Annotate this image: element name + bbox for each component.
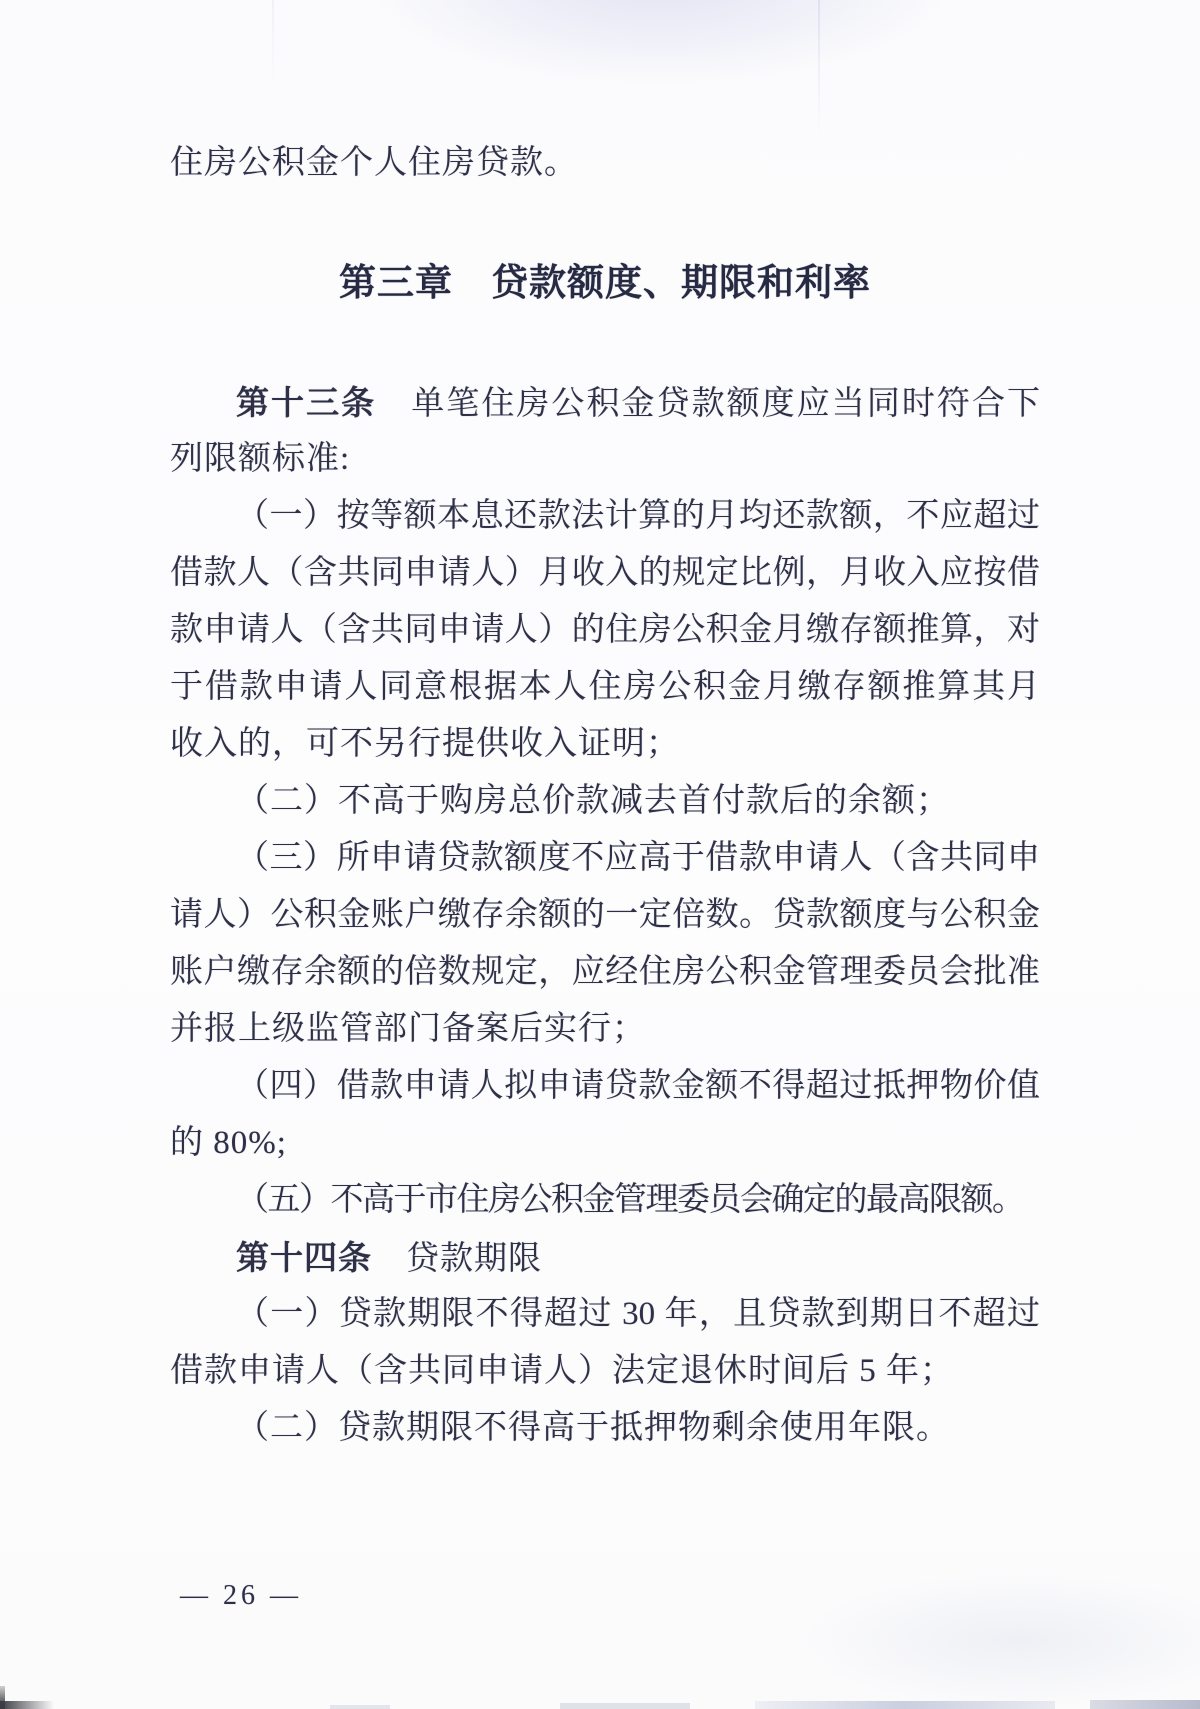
text-line: （四）借款申请人拟申请贷款金额不得超过抵押物价值: [170, 1058, 1040, 1115]
article-13-item-1: （一）按等额本息还款法计算的月均还款额，不应超过借款人（含共同申请人）月收入的规…: [170, 488, 1040, 773]
scan-corner-mark: [0, 1701, 54, 1709]
text-line: （五）不高于市住房公积金管理委员会确定的最高限额。: [170, 1172, 1040, 1229]
text-line: 收入的，可不另行提供收入证明；: [170, 716, 1040, 773]
chapter-heading: 第三章 贷款额度、期限和利率: [170, 254, 1040, 311]
text-line: 款申请人（含共同申请人）的住房公积金月缴存额推算，对: [170, 602, 1040, 659]
scan-streak: [818, 0, 820, 140]
article-13-item-3: （三）所申请贷款额度不应高于借款申请人（含共同申请人）公积金账户缴存余额的一定倍…: [170, 830, 1040, 1058]
text-line: 请人）公积金账户缴存余额的一定倍数。贷款额度与公积金: [170, 887, 1040, 944]
text-line: 借款申请人（含共同申请人）法定退休时间后 5 年；: [170, 1343, 1040, 1400]
scan-edge-artifact: [1090, 1700, 1200, 1709]
article-14-opening: 第十四条 贷款期限: [170, 1229, 1040, 1286]
text-line: 列限额标准:: [170, 431, 1040, 488]
text-line: 于借款申请人同意根据本人住房公积金月缴存额推算其月: [170, 659, 1040, 716]
text-line: （二）贷款期限不得高于抵押物剩余使用年限。: [170, 1400, 1040, 1457]
scan-edge-artifact: [755, 1701, 1055, 1709]
text-line: 的 80%;: [170, 1115, 1040, 1172]
text-line: 账户缴存余额的倍数规定，应经住房公积金管理委员会批准: [170, 944, 1040, 1001]
article-13-item-5: （五）不高于市住房公积金管理委员会确定的最高限额。: [170, 1172, 1040, 1229]
article-number-label: 第十三条: [236, 384, 376, 421]
page-number: — 26 —: [180, 1580, 302, 1612]
scan-streak: [272, 0, 274, 90]
text-line: 第十三条 单笔住房公积金贷款额度应当同时符合下: [170, 374, 1040, 431]
article-13-item-4: （四）借款申请人拟申请贷款金额不得超过抵押物价值的 80%;: [170, 1058, 1040, 1172]
text-line: （一）贷款期限不得超过 30 年，且贷款到期日不超过: [170, 1286, 1040, 1343]
document-body: 住房公积金个人住房贷款。第三章 贷款额度、期限和利率第十三条 单笔住房公积金贷款…: [170, 135, 1040, 1457]
text-line: 住房公积金个人住房贷款。: [170, 135, 1040, 192]
text-line: （二）不高于购房总价款减去首付款后的余额；: [170, 773, 1040, 830]
article-13-item-2: （二）不高于购房总价款减去首付款后的余额；: [170, 773, 1040, 830]
text-line: 第十四条 贷款期限: [170, 1229, 1040, 1286]
text-line: （三）所申请贷款额度不应高于借款申请人（含共同申: [170, 830, 1040, 887]
scan-edge-artifact: [330, 1705, 390, 1709]
article-number-label: 第十四条: [236, 1239, 372, 1276]
text-line: （一）按等额本息还款法计算的月均还款额，不应超过: [170, 488, 1040, 545]
text-line: 借款人（含共同申请人）月收入的规定比例，月收入应按借: [170, 545, 1040, 602]
continuation-paragraph: 住房公积金个人住房贷款。: [170, 135, 1040, 192]
scanned-document-page: 住房公积金个人住房贷款。第三章 贷款额度、期限和利率第十三条 单笔住房公积金贷款…: [0, 0, 1200, 1709]
article-14-item-1: （一）贷款期限不得超过 30 年，且贷款到期日不超过借款申请人（含共同申请人）法…: [170, 1286, 1040, 1400]
text-line: 并报上级监管部门备案后实行；: [170, 1001, 1040, 1058]
scan-edge-artifact: [560, 1703, 690, 1709]
article-14-item-2: （二）贷款期限不得高于抵押物剩余使用年限。: [170, 1400, 1040, 1457]
article-13-opening: 第十三条 单笔住房公积金贷款额度应当同时符合下列限额标准:: [170, 374, 1040, 488]
